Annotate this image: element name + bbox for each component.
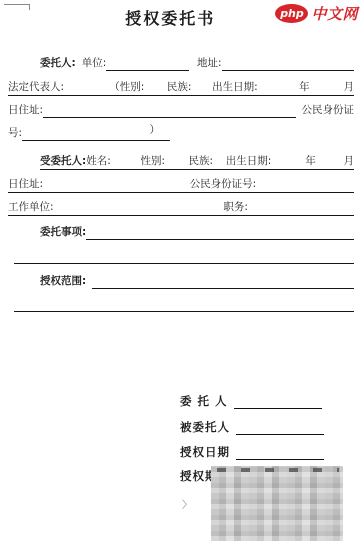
row-scope: 授权范围: [40,272,354,289]
sig-client-blank [234,390,322,409]
attorney-label: 受委托人: [40,154,86,169]
row-residence-1: 日住址: 公民身份证 [8,101,354,118]
row-legal-rep: 法定代表人: （性别: 民族: 出生日期: 年 月 [8,78,354,96]
row-matters-blank-2 [14,246,354,264]
row-residence-2: 日住址: 公民身份证号: [8,175,354,193]
legal-rep-month-label: 月 [344,80,355,95]
scope-blank [92,271,354,289]
legal-rep-gender-label: （性别: [109,80,144,95]
document-title: 授权委托书 [125,6,215,29]
client-unit-label: 单位: [82,56,107,71]
gap [248,198,354,215]
client-addr-blank [222,53,354,71]
sig-date-label: 授权日期 [180,444,230,460]
sig-date-blank [236,441,324,460]
censored-mosaic-region [211,466,343,541]
gap [165,152,188,169]
client-addr-label: 地址: [197,56,222,71]
client-label: 委托人: [40,56,76,71]
row-client: 委托人: 单位: 地址: [40,54,354,71]
gap [111,152,141,169]
legal-rep-birth-label: 出生日期: [212,80,258,95]
attorney-birth-label: 出生日期: [226,154,272,169]
id-no-paren: ） [150,124,161,136]
php-logo-sitename: 中文网 [311,3,358,24]
attorney-ethnic-label: 民族: [188,154,213,169]
gap [64,78,109,95]
gap [43,175,190,192]
gap [144,78,167,95]
row-attorney: 受委托人: 姓名: 性别: 民族: 出生日期: 年 月 [40,152,354,170]
residence1-label: 日住址: [8,103,43,118]
sig-row-attorney: 被委托人 [180,417,324,435]
residence2-id-no-label: 公民身份证号: [190,177,257,192]
legal-rep-label: 法定代表人: [8,80,64,95]
gap [213,152,226,169]
client-unit-blank [106,53,189,71]
matters-label: 委托事项: [40,225,86,240]
sig-attorney-blank [236,416,324,435]
php-logo-badge: php [275,4,308,23]
page-margin-mark [4,4,30,12]
row-work: 工作单位: 职务: [8,198,354,216]
residence1-blank [43,100,295,118]
residence2-label: 日住址: [8,177,43,192]
gap [191,78,212,95]
word-document-page: 授权委托书 php 中文网 委托人: 单位: 地址: 法定代表人: （性别: 民… [0,0,362,541]
attorney-year-label: 年 [305,154,316,169]
residence1-id-part: 公民身份证 [302,103,355,118]
gap [316,152,344,169]
legal-rep-ethnic-label: 民族: [167,80,192,95]
row-matters: 委托事项: [40,223,354,240]
id-no-blank: ） [22,123,170,141]
sig-row-client: 委 托 人 [180,391,322,409]
scope-label: 授权范围: [40,274,86,289]
matters-blank [86,222,354,240]
row-id-no: 号: ） [8,124,170,141]
php-cn-logo: php 中文网 [275,3,358,24]
gap [258,78,299,95]
attorney-gender-label: 性别: [141,154,166,169]
sig-client-label: 委 托 人 [180,393,228,409]
work-title-label: 职务: [223,200,248,215]
work-unit-label: 工作单位: [8,200,54,215]
gap [310,78,344,95]
attorney-name-label: 姓名: [86,154,111,169]
sig-attorney-label: 被委托人 [180,419,230,435]
attorney-month-label: 月 [344,154,355,169]
id-no-label: 号: [8,126,22,141]
legal-rep-year-label: 年 [299,80,310,95]
sig-row-date: 授权日期 [180,442,324,460]
row-scope-blank-2 [14,294,354,312]
gap [54,198,224,215]
sig-term-fragment: 〉 [182,496,192,511]
gap [256,175,354,192]
gap [271,152,305,169]
